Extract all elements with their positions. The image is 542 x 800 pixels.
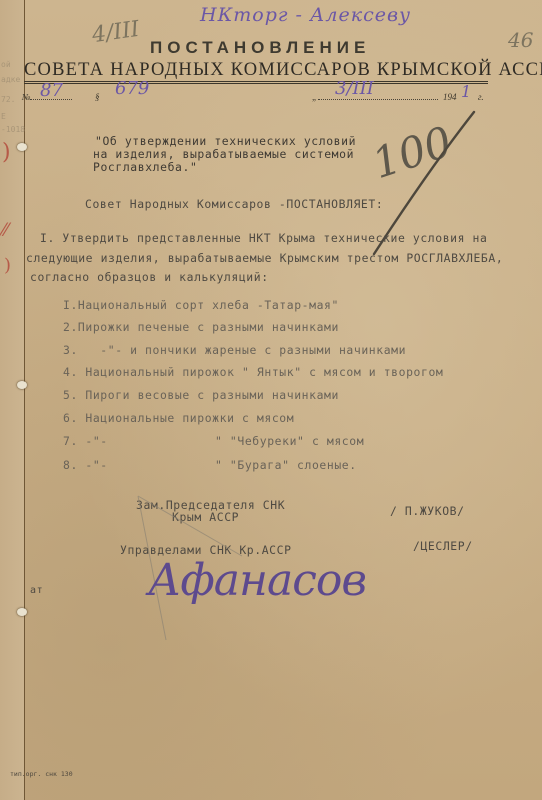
page-number: 46 <box>508 28 533 52</box>
subject-line: Росглавхлеба." <box>93 160 197 174</box>
subject-line: "Об утверждении технических условий <box>95 134 356 148</box>
item-number: 2. <box>63 320 78 334</box>
item-text: Национальный пирожок " Янтык" с мясом и … <box>85 365 443 379</box>
item-number: 5. <box>63 388 78 402</box>
title-rule <box>24 81 488 82</box>
number-prefix: № <box>22 92 31 102</box>
red-margin-mark: ) <box>2 140 11 165</box>
margin-date-mark: 4/III <box>90 17 141 48</box>
list-item: 8. -"- <box>63 458 108 472</box>
margin-ghost-text: ой <box>1 60 11 69</box>
binding-stitch-icon <box>17 143 27 151</box>
resolution-number: 87 <box>40 80 63 101</box>
year-digit: 1 <box>461 82 471 101</box>
list-item: 6. Национальные пирожки с мясом <box>63 411 294 425</box>
date-quote: „ <box>312 92 317 102</box>
list-item: 2.Пирожки печеные с разными начинками <box>63 320 339 334</box>
list-item: 7. -"- <box>63 434 108 448</box>
margin-ghost-text: 72. <box>1 95 15 104</box>
document-subtitle: СОВЕТА НАРОДНЫХ КОМИССАРОВ КРЫМСКОЙ АССР <box>24 60 542 81</box>
item-number: 6. <box>63 411 78 425</box>
handwritten-addressee: НКторг - Алексеву <box>200 4 411 26</box>
list-item: 4. Национальный пирожок " Янтык" с мясом… <box>63 365 443 379</box>
binding-stitch-icon <box>17 381 27 389</box>
item-text: -"- <box>78 434 108 448</box>
list-item-continuation: " "Бурага" слоеные. <box>215 458 357 472</box>
point1-line: согласно образцов и калькуляций: <box>30 270 269 284</box>
item-number: 7. <box>63 434 78 448</box>
printer-imprint: тип.орг. снк 130 <box>10 770 73 778</box>
title-rule <box>24 83 488 84</box>
red-margin-mark: ) <box>4 255 11 276</box>
year-prefix: 194 <box>443 92 457 102</box>
red-margin-mark: ⁄⁄ <box>2 220 8 241</box>
item-text: Национальные пирожки с мясом <box>85 411 294 425</box>
resolution-date: 3/III <box>335 78 374 99</box>
list-item-continuation: " "Чебуреки" с мясом <box>215 434 364 448</box>
item-text: Пироги весовые с разными начинками <box>85 388 339 402</box>
section-sign: § <box>95 92 100 102</box>
subject-line: на изделия, вырабатываемые системой <box>93 147 354 161</box>
list-item: 3. -"- и пончики жареные с разными начин… <box>63 343 406 357</box>
deputy-name: / П.ЖУКОВ/ <box>390 504 465 518</box>
margin-ghost-text: Е <box>1 112 6 121</box>
item-number: 4. <box>63 365 78 379</box>
margin-label: ат <box>30 585 43 596</box>
item-text: -"- и пончики жареные с разными начинкам… <box>93 343 406 357</box>
section-number: 679 <box>115 78 149 99</box>
item-number: I. <box>63 298 78 312</box>
item-text: -"- <box>78 458 108 472</box>
binding-margin: ой адке 72. Е -1018 ) ⁄⁄ ) <box>0 0 25 800</box>
list-item: I.Национальный сорт хлеба -Татар-мая" <box>63 298 339 312</box>
item-number: 3. <box>63 343 78 357</box>
handwritten-signature: Афанасов <box>148 555 366 606</box>
list-item: 5. Пироги весовые с разными начинками <box>63 388 339 402</box>
manager-name: /ЦЕСЛЕР/ <box>413 539 473 553</box>
binding-stitch-icon <box>17 608 27 616</box>
year-unit: г. <box>478 92 484 102</box>
margin-ghost-text: -1018 <box>1 125 25 134</box>
preamble: Совет Народных Комиссаров -ПОСТАНОВЛЯЕТ: <box>85 197 383 211</box>
item-text: Пирожки печеные с разными начинками <box>78 320 339 334</box>
point1-line: следующие изделия, вырабатываемые Крымск… <box>26 251 503 265</box>
point1-line: I. Утвердить представленные НКТ Крыма те… <box>40 231 487 245</box>
item-text: Национальный сорт хлеба -Татар-мая" <box>78 298 339 312</box>
document-page: ой адке 72. Е -1018 ) ⁄⁄ ) НКторг - Алек… <box>0 0 542 800</box>
item-number: 8. <box>63 458 78 472</box>
margin-ghost-text: адке <box>1 75 20 84</box>
document-title: ПОСТАНОВЛЕНИЕ <box>150 38 370 58</box>
